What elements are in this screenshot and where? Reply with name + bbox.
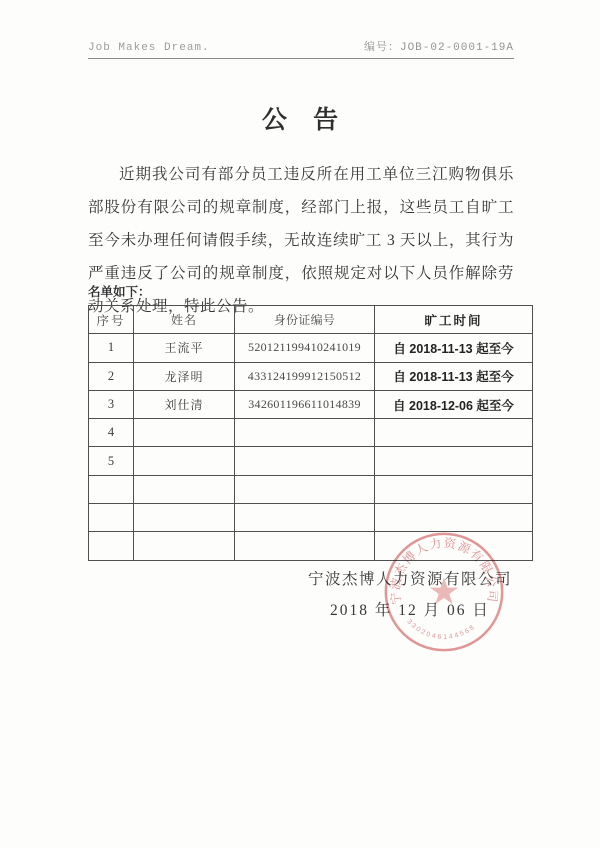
- table-cell: 自 2018-12-06 起至今: [375, 390, 533, 418]
- table-header-cell: 序号: [89, 306, 134, 334]
- table-cell: 1: [89, 334, 134, 362]
- roster-table-head: 序号姓名身份证编号旷工时间: [89, 306, 533, 334]
- table-cell: [375, 532, 533, 560]
- table-cell: 自 2018-11-13 起至今: [375, 334, 533, 362]
- table-cell: 520121199410241019: [235, 334, 375, 362]
- table-cell: [235, 504, 375, 532]
- page-title: 公 告: [0, 100, 600, 136]
- table-cell: 自 2018-11-13 起至今: [375, 362, 533, 390]
- table-cell: 2: [89, 362, 134, 390]
- table-cell: [375, 475, 533, 503]
- letterhead: Job Makes Dream. 编号：JOB-02-0001-19A: [88, 38, 514, 59]
- table-cell: [134, 419, 235, 447]
- table-row: 1王流平520121199410241019自 2018-11-13 起至今: [89, 334, 533, 362]
- table-cell: [134, 504, 235, 532]
- table-cell: [235, 419, 375, 447]
- table-cell: [375, 504, 533, 532]
- table-row: 5: [89, 447, 533, 475]
- table-row: 4: [89, 419, 533, 447]
- table-cell: [134, 447, 235, 475]
- table-cell: [134, 475, 235, 503]
- table-cell: 5: [89, 447, 134, 475]
- table-cell: 龙泽明: [134, 362, 235, 390]
- table-cell: 433124199912150512: [235, 362, 375, 390]
- signature-block: 宁波杰博人力资源有限公司 2018 年 12 月 06 日: [308, 565, 512, 626]
- table-cell: [89, 475, 134, 503]
- letterhead-slogan: Job Makes Dream.: [88, 42, 210, 54]
- table-row: 2龙泽明433124199912150512自 2018-11-13 起至今: [89, 362, 533, 390]
- table-cell: [235, 532, 375, 560]
- announcement-paragraph: 近期我公司有部分员工违反所在用工单位三江购物俱乐部股份有限公司的规章制度，经部门…: [88, 158, 514, 323]
- table-cell: 342601196611014839: [235, 390, 375, 418]
- table-row: [89, 532, 533, 560]
- roster-table-body: 1王流平520121199410241019自 2018-11-13 起至今2龙…: [89, 334, 533, 560]
- table-header-cell: 姓名: [134, 306, 235, 334]
- table-cell: [235, 475, 375, 503]
- table-cell: [375, 447, 533, 475]
- table-cell: 3: [89, 390, 134, 418]
- document-page: Job Makes Dream. 编号：JOB-02-0001-19A 公 告 …: [0, 0, 600, 848]
- table-cell: [89, 504, 134, 532]
- table-header-row: 序号姓名身份证编号旷工时间: [89, 306, 533, 334]
- issue-date: 2018 年 12 月 06 日: [308, 595, 512, 626]
- company-name: 宁波杰博人力资源有限公司: [308, 565, 512, 595]
- table-header-cell: 身份证编号: [235, 306, 375, 334]
- table-cell: 王流平: [134, 334, 235, 362]
- table-cell: [134, 532, 235, 560]
- table-row: 3刘仕清342601196611014839自 2018-12-06 起至今: [89, 390, 533, 418]
- table-header-cell: 旷工时间: [375, 306, 533, 334]
- table-cell: 4: [89, 419, 134, 447]
- document-number: 编号：JOB-02-0001-19A: [364, 38, 514, 54]
- table-cell: [89, 532, 134, 560]
- table-cell: [375, 419, 533, 447]
- table-row: [89, 504, 533, 532]
- table-row: [89, 475, 533, 503]
- list-label: 名单如下：: [88, 282, 151, 300]
- table-cell: [235, 447, 375, 475]
- table-cell: 刘仕清: [134, 390, 235, 418]
- roster-table: 序号姓名身份证编号旷工时间 1王流平520121199410241019自 20…: [88, 305, 533, 561]
